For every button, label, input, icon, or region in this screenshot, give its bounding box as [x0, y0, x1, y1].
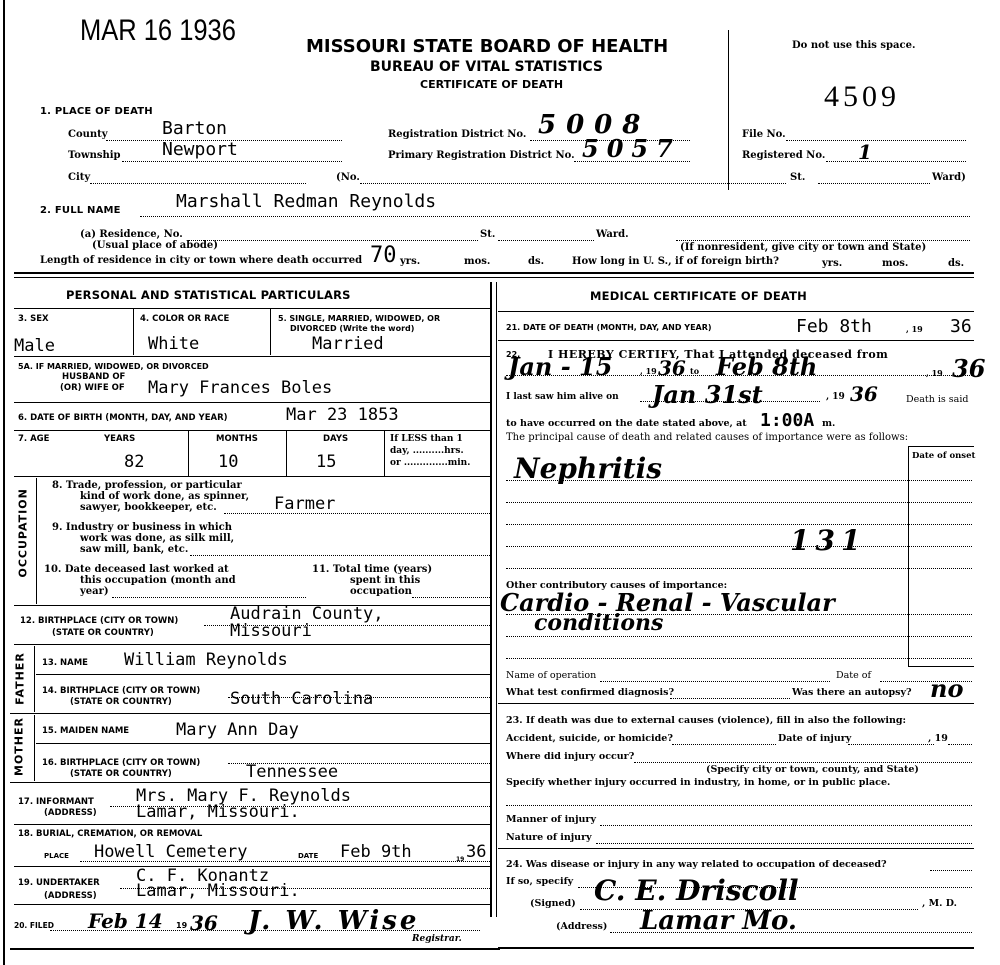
death-said-label: Death is said — [906, 394, 968, 405]
last-saw-year-prefix: , 19 — [826, 392, 845, 402]
trade-value[interactable]: Farmer — [274, 494, 335, 514]
ds-label: ds. — [528, 256, 544, 267]
father-name-rule — [36, 674, 490, 675]
county-value[interactable]: Barton — [162, 118, 227, 139]
physician-signature: C. E. Driscoll — [594, 874, 799, 907]
attended-to-date[interactable]: Feb 8th — [716, 352, 817, 381]
to-year-prefix: , 19 — [926, 368, 943, 378]
center-divider-2 — [496, 282, 497, 917]
mother-birthplace-label-2: (STATE OR COUNTRY) — [70, 769, 172, 779]
time-of-death-value[interactable]: 1:00A — [760, 410, 814, 431]
burial-date-value[interactable]: Feb 9th — [340, 842, 412, 862]
accident-line — [672, 744, 776, 745]
cause-label: The principal cause of death and related… — [506, 432, 908, 443]
row6-rule — [14, 430, 490, 431]
industry-label-1: 9. Industry or business in which — [52, 522, 232, 533]
spouse-label-1: 5A. IF MARRIED, WIDOWED, OR DIVORCED — [18, 362, 209, 371]
spouse-label-3: (OR) WIFE OF — [60, 383, 125, 393]
trade-label-3: sawyer, bookkeeper, etc. — [80, 502, 217, 513]
occurred-label: to have occurred on the date stated abov… — [506, 418, 747, 429]
burial-year-value[interactable]: 36 — [466, 842, 486, 862]
autopsy-value[interactable]: no — [930, 674, 963, 703]
mother-birthplace-value[interactable]: Tennessee — [246, 762, 338, 782]
injury-year-line — [948, 744, 972, 745]
undertaker-rule — [14, 904, 490, 905]
manner-label: Manner of injury — [506, 814, 596, 825]
street-label: St. — [790, 172, 805, 183]
onset-label: Date of onset — [912, 451, 975, 461]
row7-rule — [14, 476, 490, 477]
primary-registration-label: Primary Registration District No. — [388, 150, 575, 161]
external-causes-label: 23. If death was due to external causes … — [506, 715, 906, 726]
from-year-prefix: , 19 — [640, 366, 657, 376]
months-label: MONTHS — [216, 434, 258, 444]
dod-rule — [498, 340, 974, 341]
street-number-label: (No. — [336, 172, 360, 183]
full-name-value[interactable]: Marshall Redman Reynolds — [176, 191, 436, 212]
sex-label: 3. SEX — [18, 314, 49, 324]
test-label: What test confirmed diagnosis? — [506, 687, 674, 698]
operation-line — [600, 681, 830, 682]
file-no-label: File No. — [742, 129, 786, 140]
cause-code-value: 131 — [790, 524, 866, 557]
injury-date-line — [848, 744, 934, 745]
less-than-label-1: If LESS than 1 — [390, 434, 463, 444]
header-bottom-rule-2 — [14, 277, 974, 278]
nonresident-line — [676, 240, 970, 241]
bottom-rule-right — [498, 947, 974, 949]
father-rule — [10, 713, 490, 714]
undertaker-address-label: (ADDRESS) — [44, 891, 97, 901]
foreign-mos-label: mos. — [882, 258, 908, 269]
father-side-divider — [34, 646, 35, 712]
bottom-rule-left — [10, 948, 500, 950]
nature-line — [596, 843, 972, 844]
age-label: 7. AGE — [18, 434, 49, 444]
mother-side-label: MOTHER — [13, 714, 26, 780]
industry-label-3: saw mill, bank, etc. — [80, 544, 188, 555]
years-label: YEARS — [104, 434, 135, 444]
onset-box-left — [908, 446, 909, 666]
other-causes-value-2[interactable]: conditions — [534, 610, 663, 636]
personal-heading: PERSONAL AND STATISTICAL PARTICULARS — [66, 288, 351, 302]
occupation-side-label: OCCUPATION — [17, 492, 30, 578]
undertaker-label: 19. UNDERTAKER — [18, 878, 100, 888]
last-saw-label: I last saw him alive on — [506, 392, 619, 402]
last-saw-value[interactable]: Jan 31st — [652, 380, 763, 409]
total-time-label-3: occupation — [350, 586, 412, 597]
operation-label: Name of operation — [506, 670, 596, 681]
filed-label: 20. FILED — [14, 921, 54, 930]
other-line-2 — [506, 636, 972, 637]
md-label: , M. D. — [922, 898, 957, 909]
nature-rule — [498, 848, 974, 849]
autopsy-label: Was there an autopsy? — [792, 687, 912, 698]
trade-label-1: 8. Trade, profession, or particular — [52, 480, 242, 491]
filed-date-value[interactable]: Feb 14 — [88, 909, 163, 933]
physician-address-label: (Address) — [556, 921, 607, 932]
length-of-residence-years[interactable]: 70 — [370, 243, 397, 268]
filed-year-prefix: 19 — [176, 921, 187, 930]
time-suffix: m. — [822, 418, 835, 429]
father-birthplace-label-2: (STATE OR COUNTRY) — [70, 697, 172, 707]
registered-no-label: Registered No. — [742, 150, 825, 161]
header-divider — [728, 30, 729, 190]
residence-sub-label: (Usual place of abode) — [92, 240, 218, 251]
mother-rule — [10, 782, 490, 783]
ward-label: Ward) — [932, 172, 966, 183]
injury-year-prefix: , 19 — [928, 733, 948, 744]
nonresident-note: (If nonresident, give city or town and S… — [680, 242, 926, 253]
signed-label: (Signed) — [530, 898, 576, 909]
accident-label: Accident, suicide, or homicide? — [506, 733, 673, 744]
father-birthplace-value[interactable]: South Carolina — [230, 689, 373, 709]
bureau-title: BUREAU OF VITAL STATISTICS — [370, 59, 603, 75]
industry-label-2: work was done, as silk mill, — [80, 533, 234, 544]
spouse-label-2: HUSBAND OF — [62, 372, 125, 382]
file-no-line — [786, 140, 966, 141]
received-date-stamp: MAR 16 1936 — [80, 14, 236, 48]
informant-address-label: (ADDRESS) — [44, 808, 97, 818]
mother-maiden-value[interactable]: Mary Ann Day — [176, 720, 299, 740]
to-year-value[interactable]: 36 — [952, 354, 985, 383]
center-divider — [490, 282, 492, 917]
last-saw-year[interactable]: 36 — [850, 382, 878, 406]
mother-name-rule — [36, 743, 490, 744]
residence-ward-line — [498, 240, 594, 241]
cause-line-2 — [506, 502, 972, 503]
manner-line — [600, 825, 972, 826]
autopsy-rule — [498, 703, 974, 704]
primary-registration-value[interactable]: 5057 — [582, 134, 681, 163]
father-birthplace-label-1: 14. BIRTHPLACE (CITY OR TOWN) — [42, 686, 200, 696]
father-name-label: 13. NAME — [42, 658, 88, 668]
do-not-use-label: Do not use this space. — [792, 40, 915, 51]
registrar-signature: J. W. Wise — [248, 906, 419, 936]
birthplace-label-2: (STATE OR COUNTRY) — [52, 628, 154, 638]
father-name-value[interactable]: William Reynolds — [124, 650, 288, 670]
board-title: MISSOURI STATE BOARD OF HEALTH — [306, 36, 668, 57]
where-injury-line — [634, 762, 972, 763]
full-name-label: 2. FULL NAME — [40, 205, 121, 216]
less-than-label-3: or ..............min. — [390, 458, 470, 468]
spouse-value[interactable]: Mary Frances Boles — [148, 378, 332, 398]
days-less-divider — [384, 431, 385, 476]
mother-side-divider — [34, 715, 35, 781]
operation-date-label: Date of — [836, 670, 871, 681]
cause-line-3 — [506, 524, 972, 525]
city-label: City — [68, 172, 90, 183]
township-value[interactable]: Newport — [162, 139, 238, 160]
to-label: to — [690, 366, 699, 376]
foreign-ds-label: ds. — [948, 258, 964, 269]
sex-race-divider — [133, 309, 134, 355]
date-of-death-year[interactable]: 36 — [950, 316, 972, 337]
medical-heading: MEDICAL CERTIFICATE OF DEATH — [590, 289, 807, 303]
where-injury-label: Where did injury occur? — [506, 751, 634, 762]
age-days-value[interactable]: 15 — [316, 452, 336, 472]
occupation-related-line — [930, 870, 972, 871]
registration-district-label: Registration District No. — [388, 129, 526, 140]
race-label: 4. COLOR OR RACE — [140, 314, 229, 324]
onset-box-bottom — [908, 666, 974, 667]
race-value[interactable]: White — [148, 334, 199, 354]
where-injury-note: (Specify city or town, county, and State… — [706, 764, 919, 775]
marital-label-1: 5. SINGLE, MARRIED, WIDOWED, OR — [278, 314, 440, 323]
burial-year-prefix: 19 — [456, 856, 464, 863]
birthplace-state-value[interactable]: Missouri — [230, 621, 312, 641]
informant-label: 17. INFORMANT — [18, 797, 94, 807]
yrs-label: yrs. — [400, 256, 420, 267]
registered-no-value[interactable]: 1 — [858, 140, 872, 164]
informant-rule — [14, 824, 490, 825]
personal-heading-rule — [14, 308, 490, 309]
mother-birthplace-label-1: 16. BIRTHPLACE (CITY OR TOWN) — [42, 758, 200, 768]
township-line — [122, 161, 342, 162]
ward-line — [818, 183, 930, 184]
marital-label-2: DIVORCED (Write the word) — [290, 324, 414, 333]
street-line — [360, 183, 786, 184]
registrar-label: Registrar. — [412, 934, 462, 944]
dob-value[interactable]: Mar 23 1853 — [286, 405, 399, 425]
file-number-stamp: 4509 — [824, 80, 900, 114]
days-label: DAYS — [323, 434, 348, 444]
county-label: County — [68, 129, 108, 140]
age-years-value[interactable]: 82 — [124, 452, 144, 472]
industry-line — [190, 555, 490, 556]
cause-line-5 — [506, 568, 972, 569]
left-border — [3, 0, 5, 965]
burial-place-label: PLACE — [44, 852, 69, 860]
physician-address-value[interactable]: Lamar Mo. — [640, 906, 797, 936]
other-line-3 — [506, 658, 972, 659]
dob-label: 6. DATE OF BIRTH (MONTH, DAY, AND YEAR) — [18, 413, 228, 423]
birthplace-label-1: 12. BIRTHPLACE (CITY OR TOWN) — [20, 616, 178, 626]
total-time-line — [412, 597, 490, 598]
residence-line — [188, 240, 478, 241]
age-months-value[interactable]: 10 — [218, 452, 238, 472]
if-so-label: If so, specify — [506, 876, 573, 887]
test-line — [670, 698, 790, 699]
foreign-birth-label: How long in U. S., if of foreign birth? — [572, 256, 779, 267]
foreign-yrs-label: yrs. — [822, 258, 842, 269]
filed-year-value[interactable]: 36 — [190, 911, 218, 935]
specify-injury-label: Specify whether injury occurred in indus… — [506, 777, 890, 788]
length-of-residence-label: Length of residence in city or town wher… — [40, 255, 362, 266]
months-days-divider — [286, 431, 287, 476]
specify-injury-line — [506, 805, 972, 806]
row3-rule — [14, 356, 490, 357]
row5a-rule — [14, 402, 490, 403]
years-months-divider — [188, 431, 189, 476]
total-time-label-2: spent in this — [350, 575, 420, 586]
marital-value[interactable]: Married — [312, 334, 384, 354]
onset-box-top — [908, 446, 974, 447]
attended-from-date[interactable]: Jan - 15 — [508, 352, 612, 381]
mother-maiden-label: 15. MAIDEN NAME — [42, 726, 129, 736]
injury-date-label: Date of injury — [778, 733, 851, 744]
trade-label-2: kind of work done, as spinner, — [80, 491, 249, 502]
mos-label: mos. — [464, 256, 490, 267]
less-than-label-2: day, ..........hrs. — [390, 446, 464, 456]
place-of-death-heading: 1. PLACE OF DEATH — [40, 106, 153, 117]
residence-st-label: St. — [480, 229, 495, 240]
full-name-line — [140, 216, 970, 217]
date-of-death-label: 21. DATE OF DEATH (MONTH, DAY, AND YEAR) — [506, 323, 712, 332]
last-worked-label-1: 10. Date deceased last worked at — [44, 564, 229, 575]
occupation-side-divider — [36, 478, 37, 604]
registered-no-line — [826, 161, 966, 162]
trade-line — [224, 513, 490, 514]
birthplace-rule — [14, 644, 490, 645]
date-of-death-value[interactable]: Feb 8th — [796, 316, 872, 337]
certificate-title: CERTIFICATE OF DEATH — [420, 78, 563, 91]
burial-place-value[interactable]: Howell Cemetery — [94, 842, 248, 862]
burial-label: 18. BURIAL, CREMATION, OR REMOVAL — [18, 829, 202, 839]
medical-heading-rule — [498, 311, 974, 312]
date-of-death-year-prefix: , 19 — [906, 324, 923, 334]
residence-ward-label: Ward. — [596, 229, 629, 240]
header-bottom-rule — [14, 272, 974, 274]
nature-label: Nature of injury — [506, 832, 592, 843]
city-line — [90, 183, 306, 184]
undertaker-address-value[interactable]: Lamar, Missouri. — [136, 881, 300, 901]
race-marital-divider — [270, 309, 271, 355]
cause-line-1 — [506, 480, 972, 481]
sex-value[interactable]: Male — [14, 336, 55, 356]
father-side-label: FATHER — [14, 647, 27, 711]
occupation-related-label: 24. Was disease or injury in any way rel… — [506, 859, 887, 870]
township-label: Township — [68, 150, 121, 161]
informant-address-value[interactable]: Lamar, Missouri. — [136, 802, 300, 822]
last-worked-label-3: year) — [80, 586, 109, 597]
last-worked-label-2: this occupation (month and — [80, 575, 236, 586]
burial-date-label: DATE — [298, 852, 318, 860]
from-year-value[interactable]: 36 — [658, 356, 686, 380]
last-worked-line — [112, 597, 306, 598]
cause-line-4 — [506, 546, 972, 547]
total-time-label-1: 11. Total time (years) — [312, 564, 432, 575]
residence-label: (a) Residence, No. — [80, 229, 183, 240]
